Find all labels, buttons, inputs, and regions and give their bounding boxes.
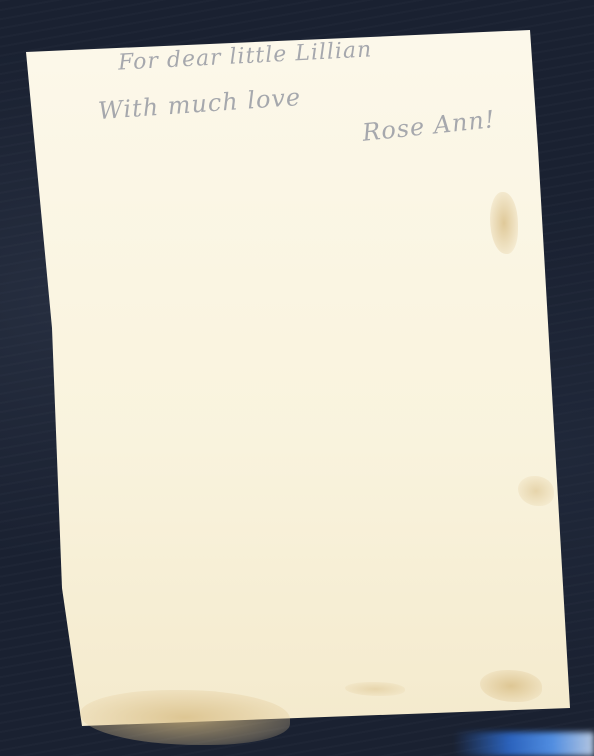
scanner-light-glare [454, 732, 594, 756]
